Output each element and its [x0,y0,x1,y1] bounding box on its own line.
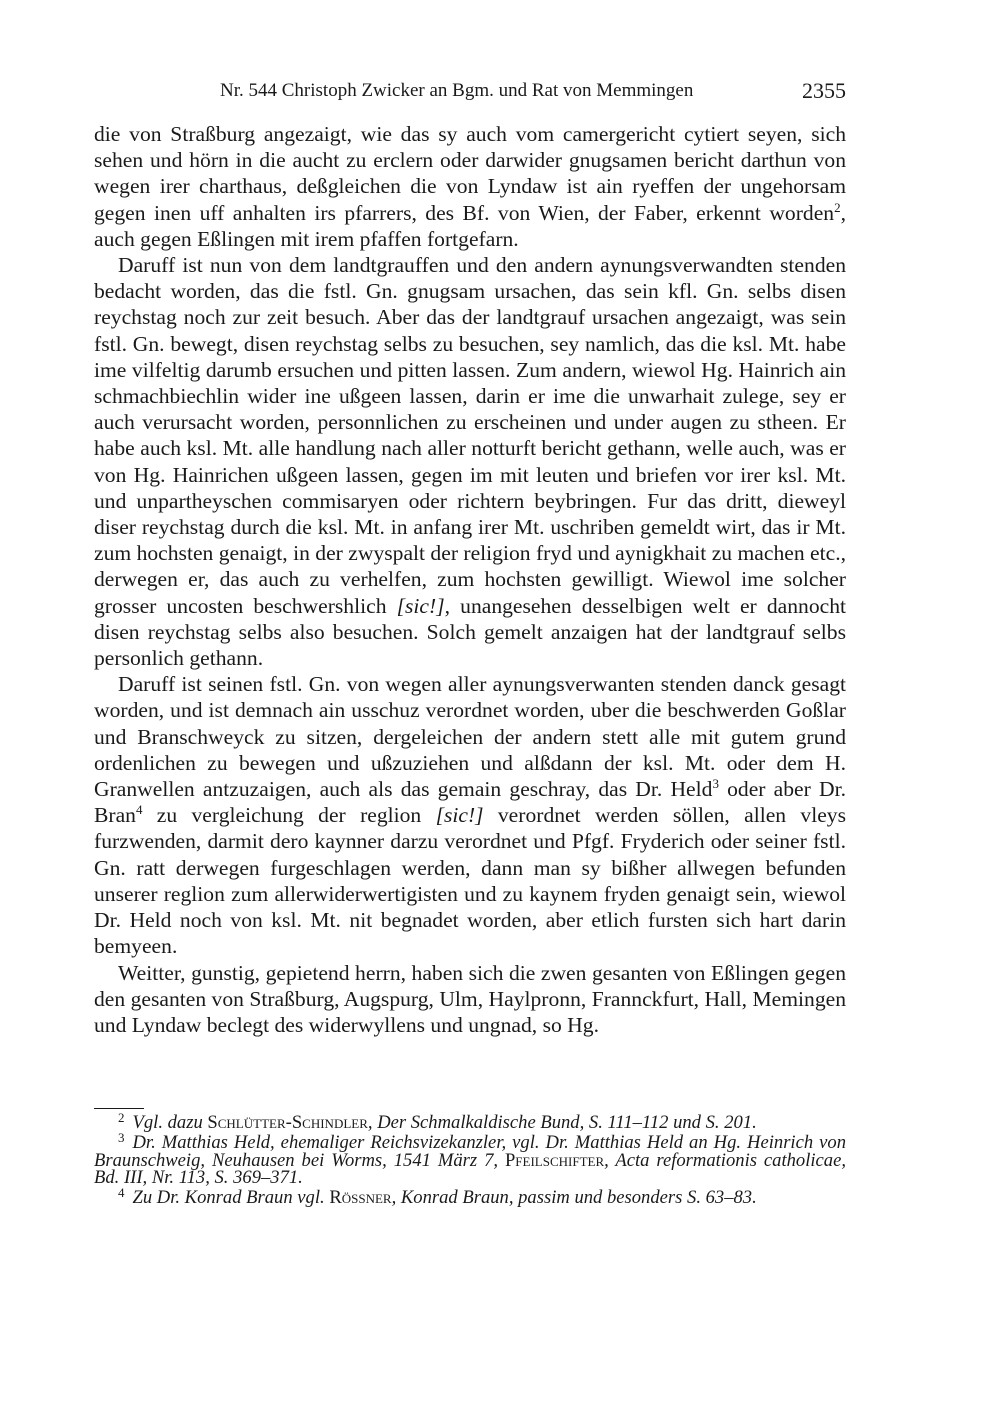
footnote: 4Zu Dr. Konrad Braun vgl. Rössner, Konra… [94,1189,846,1207]
running-head: Nr. 544 Christoph Zwicker an Bgm. und Ra… [94,80,846,106]
footnote-number: 3 [118,1130,125,1145]
paragraph: Weitter, gunstig, gepietend herrn, haben… [94,960,846,1039]
footnote-reference[interactable]: 3 [712,776,719,791]
italic-text: Vgl. dazu [133,1112,208,1133]
footnote: 3Dr. Matthias Held, ehemaliger Reichsviz… [94,1134,846,1187]
footnote-number: 2 [118,1110,125,1125]
body-text: die von Straßburg angezaigt, wie das sy … [94,121,846,1038]
footnote-separator [94,1108,144,1109]
italic-text: , Konrad Braun, passim und besonders S. … [392,1187,757,1208]
footnote-reference[interactable]: 2 [834,200,841,215]
page-number: 2355 [802,78,846,104]
paragraph: Daruff ist nun von dem landtgrauffen und… [94,252,846,671]
paragraph: Daruff ist seinen fstl. Gn. von wegen al… [94,671,846,959]
author-name: Schlütter-Schindler [207,1112,367,1133]
italic-text: [sic!] [397,594,445,618]
running-title: Nr. 544 Christoph Zwicker an Bgm. und Ra… [220,80,693,102]
footnote-reference[interactable]: 4 [136,802,143,817]
footnotes: 2Vgl. dazu Schlütter-Schindler, Der Schm… [94,1114,846,1209]
footnote: 2Vgl. dazu Schlütter-Schindler, Der Schm… [94,1114,846,1132]
footnote-number: 4 [118,1185,125,1200]
author-name: Rössner [329,1187,391,1208]
author-name: Pfeilschifter [505,1150,604,1171]
italic-text: , Der Schmalkaldische Bund, S. 111–112 u… [368,1112,757,1133]
paragraph: die von Straßburg angezaigt, wie das sy … [94,121,846,252]
italic-text: [sic!] [436,803,484,827]
italic-text: Zu Dr. Konrad Braun vgl. [133,1187,330,1208]
